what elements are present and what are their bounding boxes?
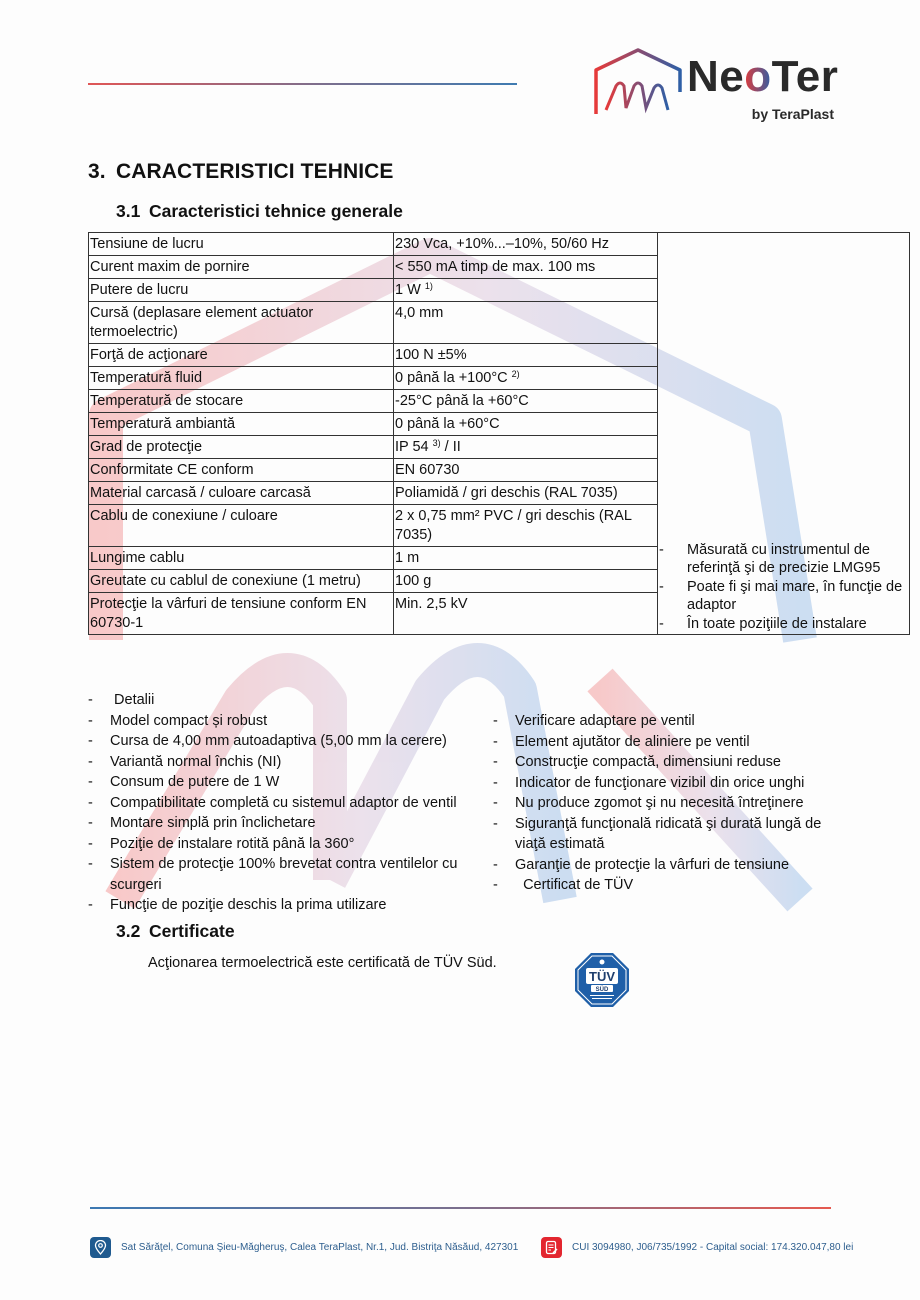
spec-value: -25°C până la +60°C: [394, 390, 658, 413]
svg-text:SÜD: SÜD: [596, 986, 609, 993]
spec-value: 1 W 1): [394, 279, 658, 302]
feature-item: - Detalii: [88, 690, 488, 711]
table-row: Tensiune de lucru230 Vca, +10%...–10%, 5…: [89, 233, 910, 256]
spec-label: Lungime cablu: [89, 547, 394, 570]
footnote: -Măsurată cu instrumentul de referinţă ş…: [658, 541, 909, 578]
footnote: -Poate fi şi mai mare, în funcţie de ada…: [658, 578, 909, 615]
spec-label: Conformitate CE conform: [89, 459, 394, 482]
logo-tagline: by TeraPlast: [752, 106, 834, 122]
spec-value: 100 g: [394, 570, 658, 593]
spec-label: Protecţie la vârfuri de tensiune conform…: [89, 593, 394, 635]
spec-value: IP 54 3) / II: [394, 436, 658, 459]
header-rule: [88, 83, 517, 85]
footer-company-info: CUI 3094980, J06/735/1992 - Capital soci…: [541, 1237, 853, 1258]
feature-item: -Verificare adaptare pe ventil: [493, 711, 853, 732]
footnote-ref: 2): [512, 369, 520, 379]
spec-label: Cursă (deplasare element actuator termoe…: [89, 302, 394, 344]
footer-address: Sat Sărăţel, Comuna Şieu-Măgheruş, Calea…: [90, 1237, 518, 1258]
house-heating-coil-logo-icon: [592, 48, 684, 120]
feature-item: -Garanţie de protecţie la vârfuri de ten…: [493, 855, 853, 876]
features-list-right: -Verificare adaptare pe ventil-Element a…: [493, 711, 853, 896]
footnote-ref: 3): [433, 438, 441, 448]
tuv-sud-certification-badge-icon: TÜV SÜD: [574, 952, 630, 1008]
subsection-title-certificates: 3.2Certificate: [116, 921, 235, 942]
spec-label: Material carcasă / culoare carcasă: [89, 482, 394, 505]
spec-value: 1 m: [394, 547, 658, 570]
feature-item: -Consum de putere de 1 W: [88, 772, 488, 793]
spec-label: Putere de lucru: [89, 279, 394, 302]
spec-value: < 550 mA timp de max. 100 ms: [394, 256, 658, 279]
feature-item: -Funcţie de poziţie deschis la prima uti…: [88, 895, 488, 916]
house-watermark-icon: [0, 0, 920, 1300]
location-pin-icon: [90, 1237, 111, 1258]
spec-label: Temperatură ambiantă: [89, 413, 394, 436]
svg-text:TÜV: TÜV: [589, 969, 615, 984]
feature-item: -Construcţie compactă, dimensiuni reduse: [493, 752, 853, 773]
features-list-left: - Detalii-Model compact și robust-Cursa …: [88, 690, 488, 916]
logo-wordmark: NeoTer: [687, 52, 838, 102]
spec-label: Grad de protecţie: [89, 436, 394, 459]
feature-item: -Model compact și robust: [88, 711, 488, 732]
spec-label: Curent maxim de pornire: [89, 256, 394, 279]
certificate-text: Acţionarea termoelectrică este certifica…: [148, 955, 497, 971]
feature-item: - Certificat de TÜV: [493, 875, 853, 896]
spec-value: Min. 2,5 kV: [394, 593, 658, 635]
spec-value: 0 până la +100°C 2): [394, 367, 658, 390]
subsection-title-general: 3.1Caracteristici tehnice generale: [116, 201, 403, 222]
footer-rule: [90, 1207, 831, 1209]
spec-value: 2 x 0,75 mm² PVC / gri deschis (RAL 7035…: [394, 505, 658, 547]
spec-label: Cablu de conexiune / culoare: [89, 505, 394, 547]
feature-item: -Poziţie de instalare rotită până la 360…: [88, 834, 488, 855]
feature-item: -Indicator de funcţionare vizibil din or…: [493, 773, 853, 794]
feature-item: -Element ajutător de aliniere pe ventil: [493, 732, 853, 753]
spec-value: Poliamidă / gri deschis (RAL 7035): [394, 482, 658, 505]
spec-label: Forţă de acţionare: [89, 344, 394, 367]
feature-item: -Montare simplă prin înclichetare: [88, 813, 488, 834]
feature-item: -Compatibilitate completă cu sistemul ad…: [88, 793, 488, 814]
spec-value: EN 60730: [394, 459, 658, 482]
feature-item: -Cursa de 4,00 mm autoadaptiva (5,00 mm …: [88, 731, 488, 752]
footnote: -În toate poziţiile de instalare: [658, 615, 909, 634]
feature-item: -Variantă normal închis (NI): [88, 752, 488, 773]
spec-value: 0 până la +60°C: [394, 413, 658, 436]
spec-label: Greutate cu cablul de conexiune (1 metru…: [89, 570, 394, 593]
spec-label: Temperatură fluid: [89, 367, 394, 390]
neoter-logo: NeoTer by TeraPlast: [592, 46, 837, 126]
feature-item: -Nu produce zgomot şi nu necesită întreţ…: [493, 793, 853, 814]
spec-value: 100 N ±5%: [394, 344, 658, 367]
document-edit-icon: [541, 1237, 562, 1258]
feature-item: -Sistem de protecţie 100% brevetat contr…: [88, 854, 488, 895]
spec-label: Temperatură de stocare: [89, 390, 394, 413]
feature-item: -Siguranţă funcţională ridicată şi durat…: [493, 814, 853, 855]
footnotes-cell: -Măsurată cu instrumentul de referinţă ş…: [658, 233, 910, 635]
spec-value: 4,0 mm: [394, 302, 658, 344]
specs-table: Tensiune de lucru230 Vca, +10%...–10%, 5…: [88, 232, 910, 635]
section-title: 3.CARACTERISTICI TEHNICE: [88, 160, 394, 184]
spec-value: 230 Vca, +10%...–10%, 50/60 Hz: [394, 233, 658, 256]
footnote-ref: 1): [425, 281, 433, 291]
spec-label: Tensiune de lucru: [89, 233, 394, 256]
